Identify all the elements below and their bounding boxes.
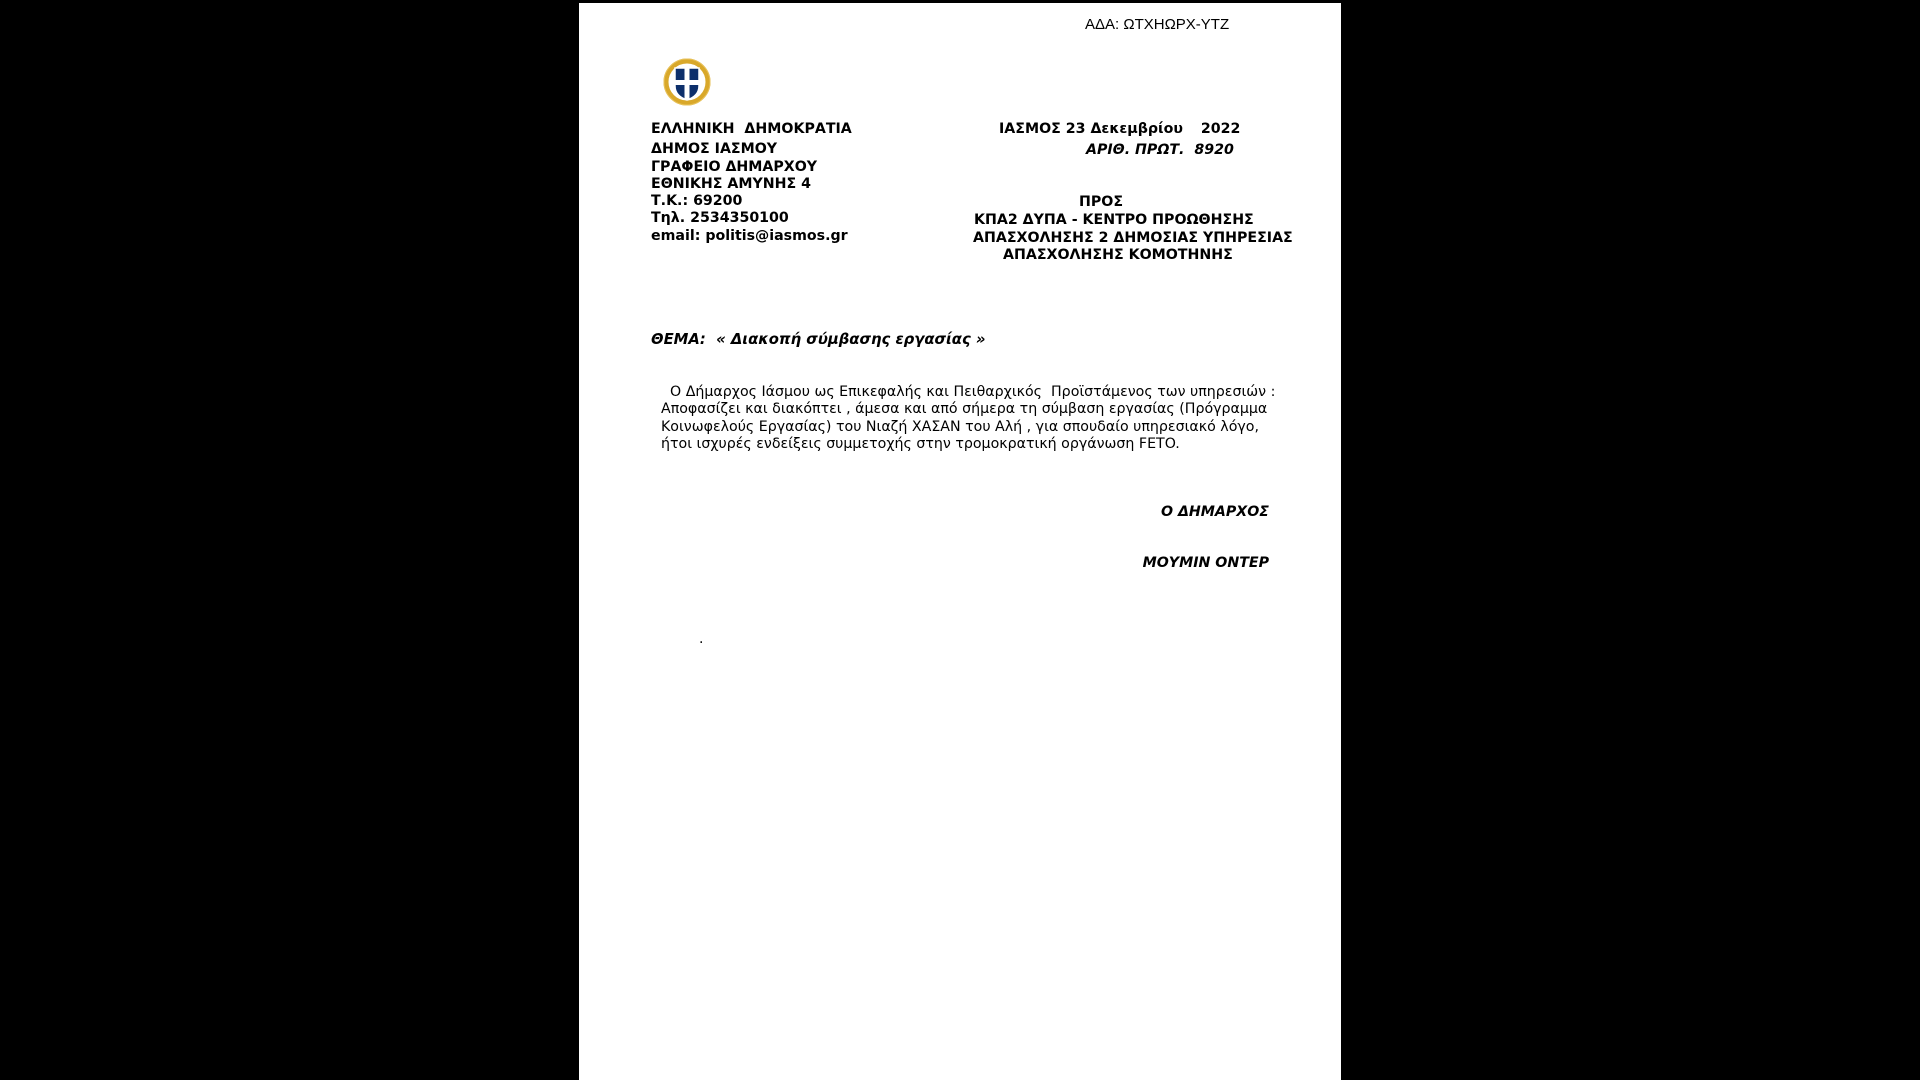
sender-office: ΓΡΑΦΕΙΟ ΔΗΜΑΡΧΟΥ	[651, 159, 852, 176]
body-paragraph: Ο Δήμαρχος Ιάσμου ως Επικεφαλής και Πειθ…	[661, 384, 1269, 453]
trailing-mark: .	[699, 631, 703, 647]
body-line: ήτοι ισχυρές ενδείξεις συμμετοχής στην τ…	[661, 436, 1269, 453]
sender-email: email: politis@iasmos.gr	[651, 228, 852, 245]
sender-postal-code: Τ.Κ.: 69200	[651, 193, 852, 210]
body-line: Κοινωφελούς Εργασίας) του Νιαζή ΧΑΣΑΝ το…	[661, 419, 1269, 436]
protocol-number: ΑΡΙΘ. ΠΡΩΤ. 8920	[1086, 142, 1234, 158]
sender-country: ΕΛΛΗΝΙΚΗ ΔΗΜΟΚΡΑΤΙΑ	[651, 121, 852, 138]
subject-line: ΘΕΜΑ: « Διακοπή σύμβασης εργασίας »	[651, 331, 986, 348]
signature-title: Ο ΔΗΜΑΡΧΟΣ	[1161, 504, 1269, 520]
signature-name: ΜΟΥΜΙΝ ΟΝΤΕΡ	[1143, 555, 1269, 571]
date-line: ΙΑΣΜΟΣ 23 Δεκεμβρίου2022	[999, 121, 1240, 137]
sender-address: ΕΘΝΙΚΗΣ ΑΜΥΝΗΣ 4	[651, 176, 852, 193]
date-place: ΙΑΣΜΟΣ 23 Δεκεμβρίου	[999, 121, 1183, 137]
sender-block: ΕΛΛΗΝΙΚΗ ΔΗΜΟΚΡΑΤΙΑ ΔΗΜΟΣ ΙΑΣΜΟΥ ΓΡΑΦΕΙΟ…	[651, 121, 852, 245]
ada-code: ΑΔΑ: ΩΤΧΗΩΡΧ-ΥΤΖ	[1085, 16, 1229, 33]
body-line: Αποφασίζει και διακόπτει , άμεσα και από…	[661, 401, 1269, 418]
document-page: ΑΔΑ: ΩΤΧΗΩΡΧ-ΥΤΖ ΕΛΛΗΝΙΚΗ ΔΗΜΟΚΡΑΤΙΑ ΔΗΜ…	[579, 3, 1341, 1080]
sender-municipality: ΔΗΜΟΣ ΙΑΣΜΟΥ	[651, 141, 852, 158]
greek-coat-of-arms-icon	[663, 58, 711, 106]
body-line: Ο Δήμαρχος Ιάσμου ως Επικεφαλής και Πειθ…	[661, 384, 1269, 401]
to-label: ΠΡΟΣ	[1079, 194, 1123, 210]
recipient-line: ΑΠΑΣΧΟΛΗΣΗΣ ΚΟΜΟΤΗΝΗΣ	[973, 247, 1293, 265]
date-year: 2022	[1201, 121, 1241, 137]
recipient-line: ΚΠΑ2 ΔΥΠΑ - ΚΕΝΤΡΟ ΠΡΟΩΘΗΣΗΣ	[973, 212, 1293, 230]
sender-phone: Τηλ. 2534350100	[651, 210, 852, 227]
recipient-block: ΚΠΑ2 ΔΥΠΑ - ΚΕΝΤΡΟ ΠΡΟΩΘΗΣΗΣ ΑΠΑΣΧΟΛΗΣΗΣ…	[973, 212, 1293, 265]
recipient-line: ΑΠΑΣΧΟΛΗΣΗΣ 2 ΔΗΜΟΣΙΑΣ ΥΠΗΡΕΣΙΑΣ	[973, 230, 1293, 248]
